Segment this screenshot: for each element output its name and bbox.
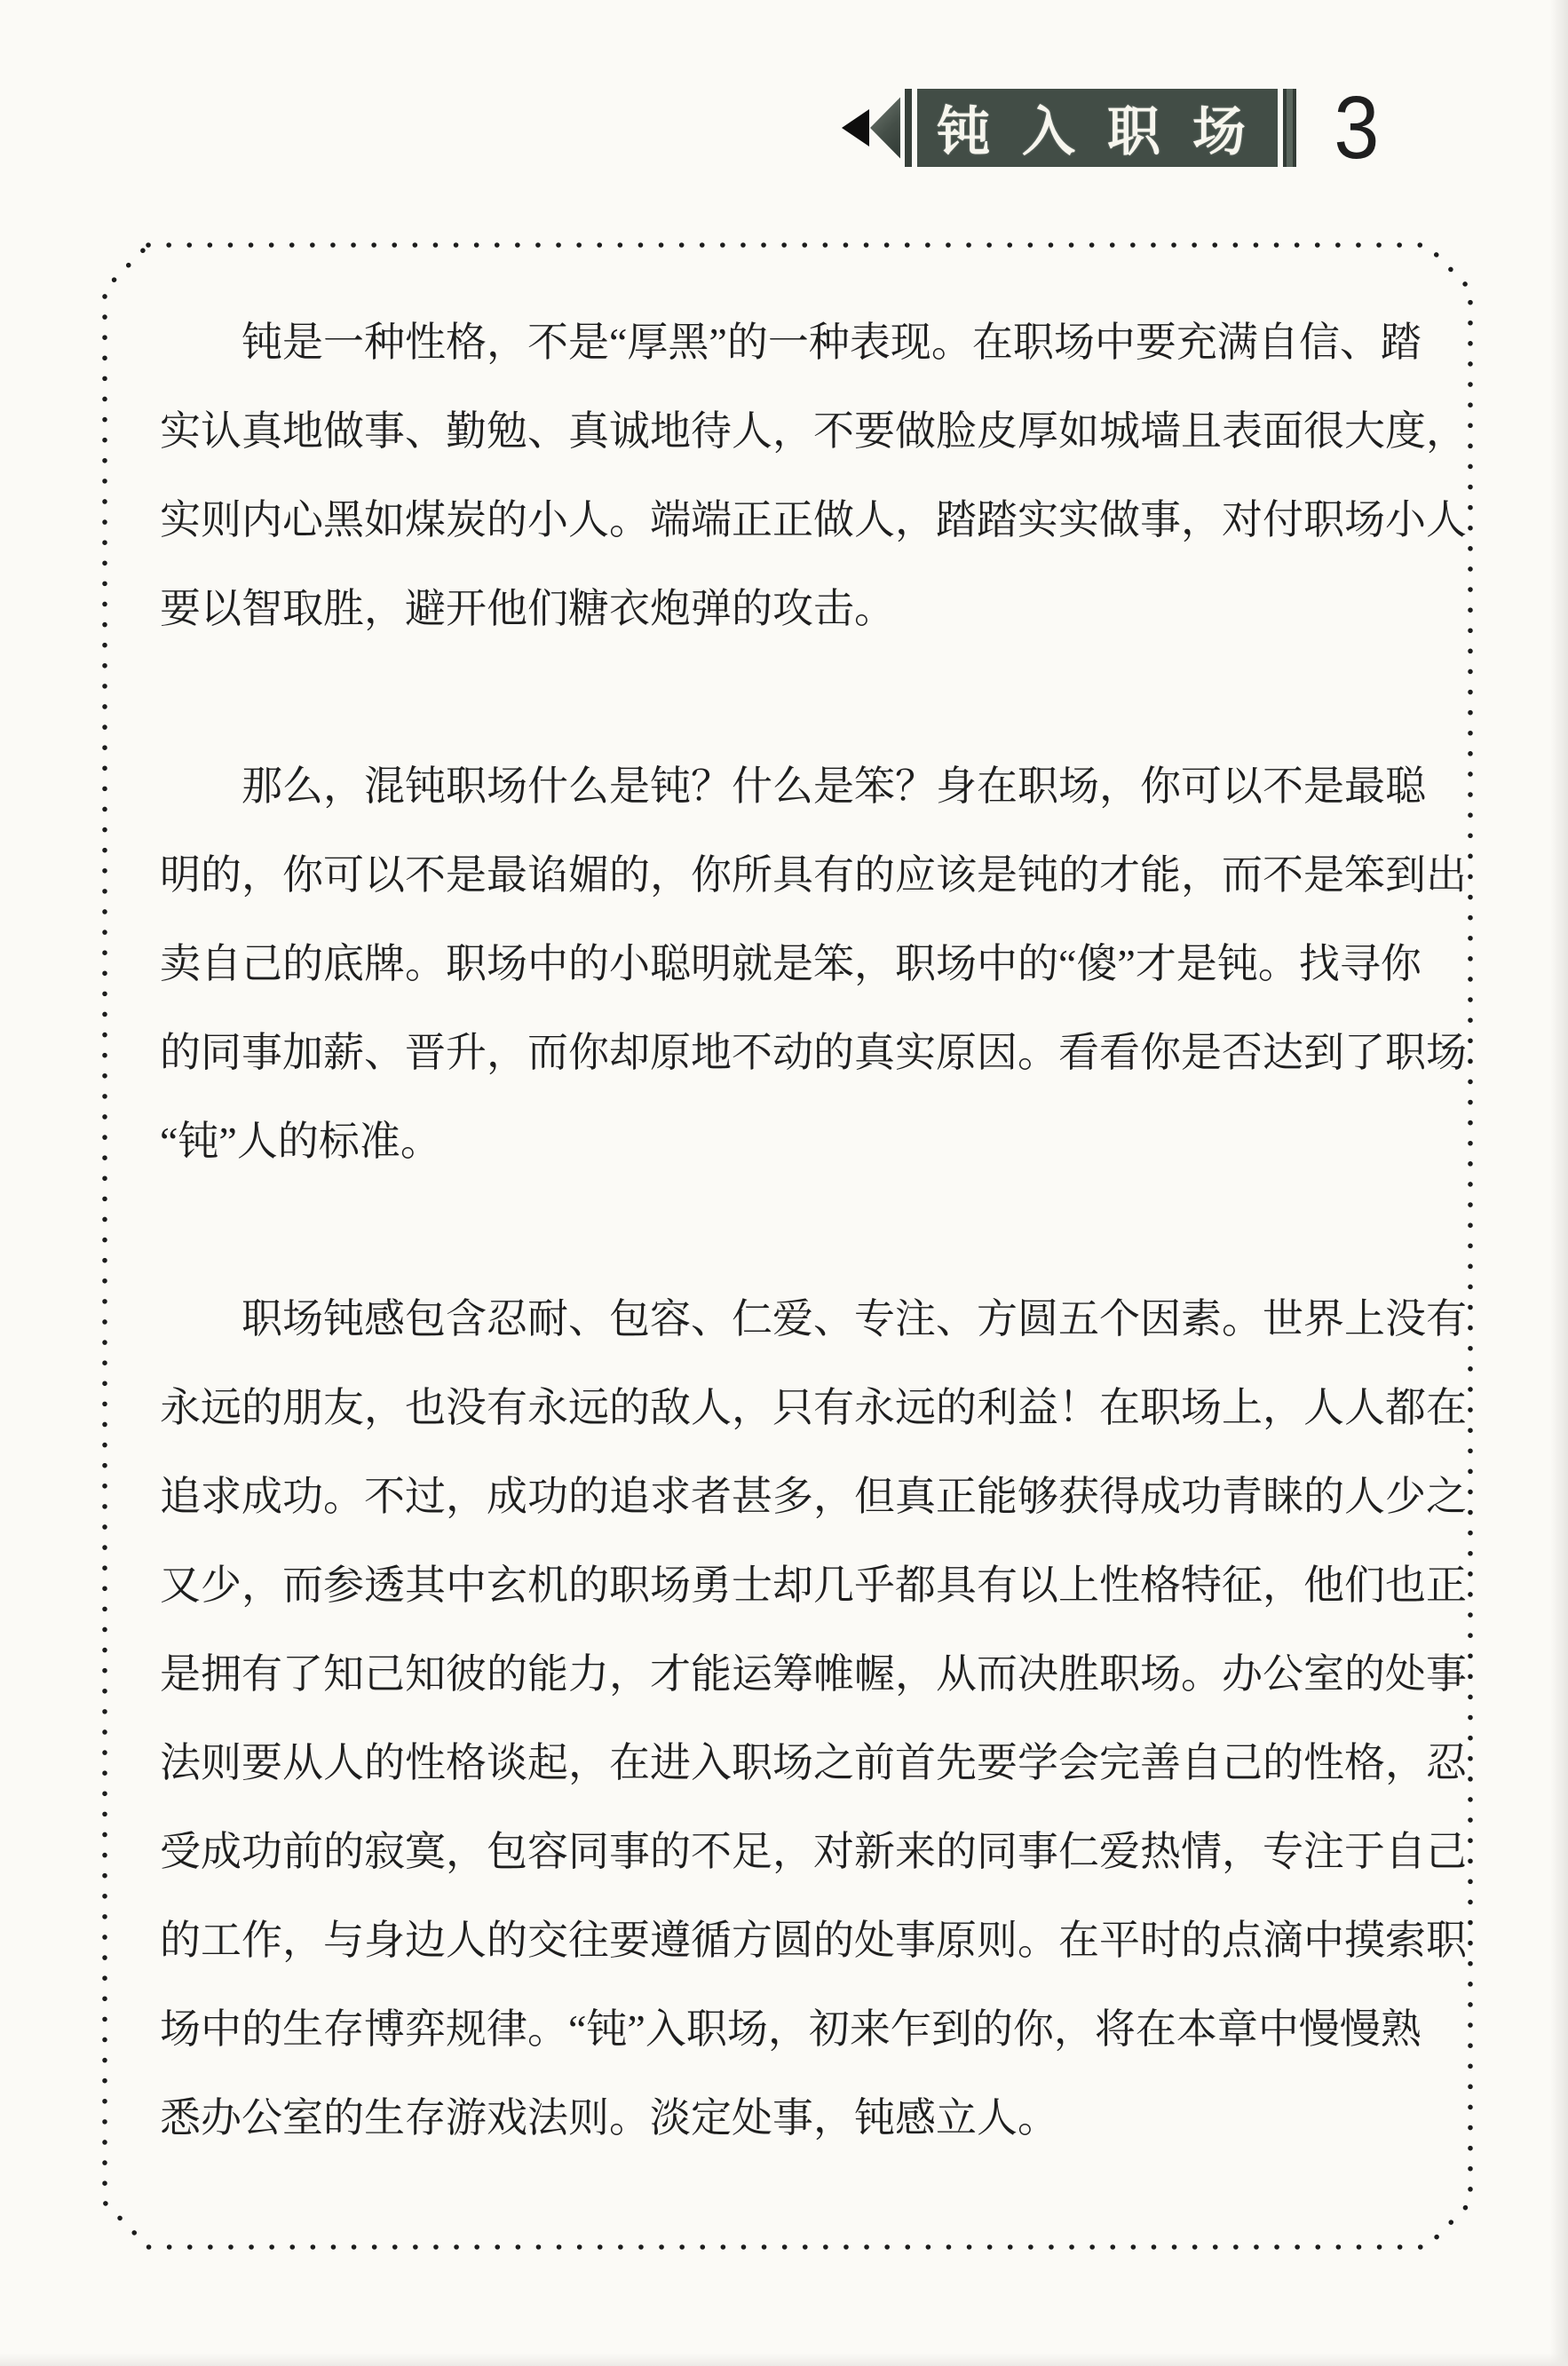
text-line: 要以智取胜，避开他们糖衣炮弹的攻击。 — [160, 565, 1378, 653]
body-text: 钝是一种性格，不是“厚黑”的一种表现。在职场中要充满自信、踏 实认真地做事、勤勉… — [160, 298, 1378, 2163]
text-line: 追求成功。不过，成功的追求者甚多，但真正能够获得成功青睐的人少之 — [160, 1452, 1378, 1541]
text-line: 受成功前的寂寞，包容同事的不足，对新来的同事仁爱热情，专注于自己 — [160, 1808, 1378, 1896]
text-line: 场中的生存博弈规律。“钝”入职场，初来乍到的你，将在本章中慢慢熟 — [160, 1985, 1378, 2074]
text-line: “钝”人的标准。 — [160, 1097, 1378, 1186]
book-page: 钝入职场 3 钝是一种性格，不是“厚黑”的一种表现。在职场中要充满自信、踏 实认… — [0, 0, 1568, 2366]
text-line: 实则内心黑如煤炭的小人。端端正正做人，踏踏实实做事，对付职场小人 — [160, 476, 1378, 565]
text-line: 实认真地做事、勤勉、真诚地待人，不要做脸皮厚如城墙且表面很大度， — [160, 387, 1378, 476]
text-line: 卖自己的底牌。职场中的小聪明就是笨，职场中的“傻”才是钝。找寻你 — [160, 920, 1378, 1009]
text-line: 职场钝感包含忍耐、包容、仁爱、专注、方圆五个因素。世界上没有 — [160, 1275, 1378, 1364]
scan-edge — [1550, 0, 1568, 2366]
text-line: 那么，混钝职场什么是钝？什么是笨？身在职场，你可以不是最聪 — [160, 742, 1378, 831]
scan-edge — [0, 2354, 1568, 2366]
text-line: 的工作，与身边人的交往要遵循方圆的处事原则。在平时的点滴中摸索职 — [160, 1896, 1378, 1985]
paragraph: 钝是一种性格，不是“厚黑”的一种表现。在职场中要充满自信、踏 实认真地做事、勤勉… — [160, 298, 1378, 653]
text-line: 明的，你可以不是最谄媚的，你所具有的应该是钝的才能，而不是笨到出 — [160, 831, 1378, 920]
text-line: 是拥有了知己知彼的能力，才能运筹帷幄，从而决胜职场。办公室的处事 — [160, 1630, 1378, 1719]
text-line: 又少，而参透其中玄机的职场勇士却几乎都具有以上性格特征，他们也正 — [160, 1541, 1378, 1630]
paragraph: 职场钝感包含忍耐、包容、仁爱、专注、方圆五个因素。世界上没有 永远的朋友，也没有… — [160, 1275, 1378, 2163]
text-line: 法则要从人的性格谈起，在进入职场之前首先要学会完善自己的性格，忍 — [160, 1719, 1378, 1808]
text-line: 悉办公室的生存游戏法则。淡定处事，钝感立人。 — [160, 2074, 1378, 2163]
paragraph: 那么，混钝职场什么是钝？什么是笨？身在职场，你可以不是最聪 明的，你可以不是最谄… — [160, 742, 1378, 1186]
text-line: 永远的朋友，也没有永远的敌人，只有永远的利益！在职场上，人人都在 — [160, 1364, 1378, 1452]
text-line: 的同事加薪、晋升，而你却原地不动的真实原因。看看你是否达到了职场 — [160, 1009, 1378, 1097]
text-line: 钝是一种性格，不是“厚黑”的一种表现。在职场中要充满自信、踏 — [160, 298, 1378, 387]
